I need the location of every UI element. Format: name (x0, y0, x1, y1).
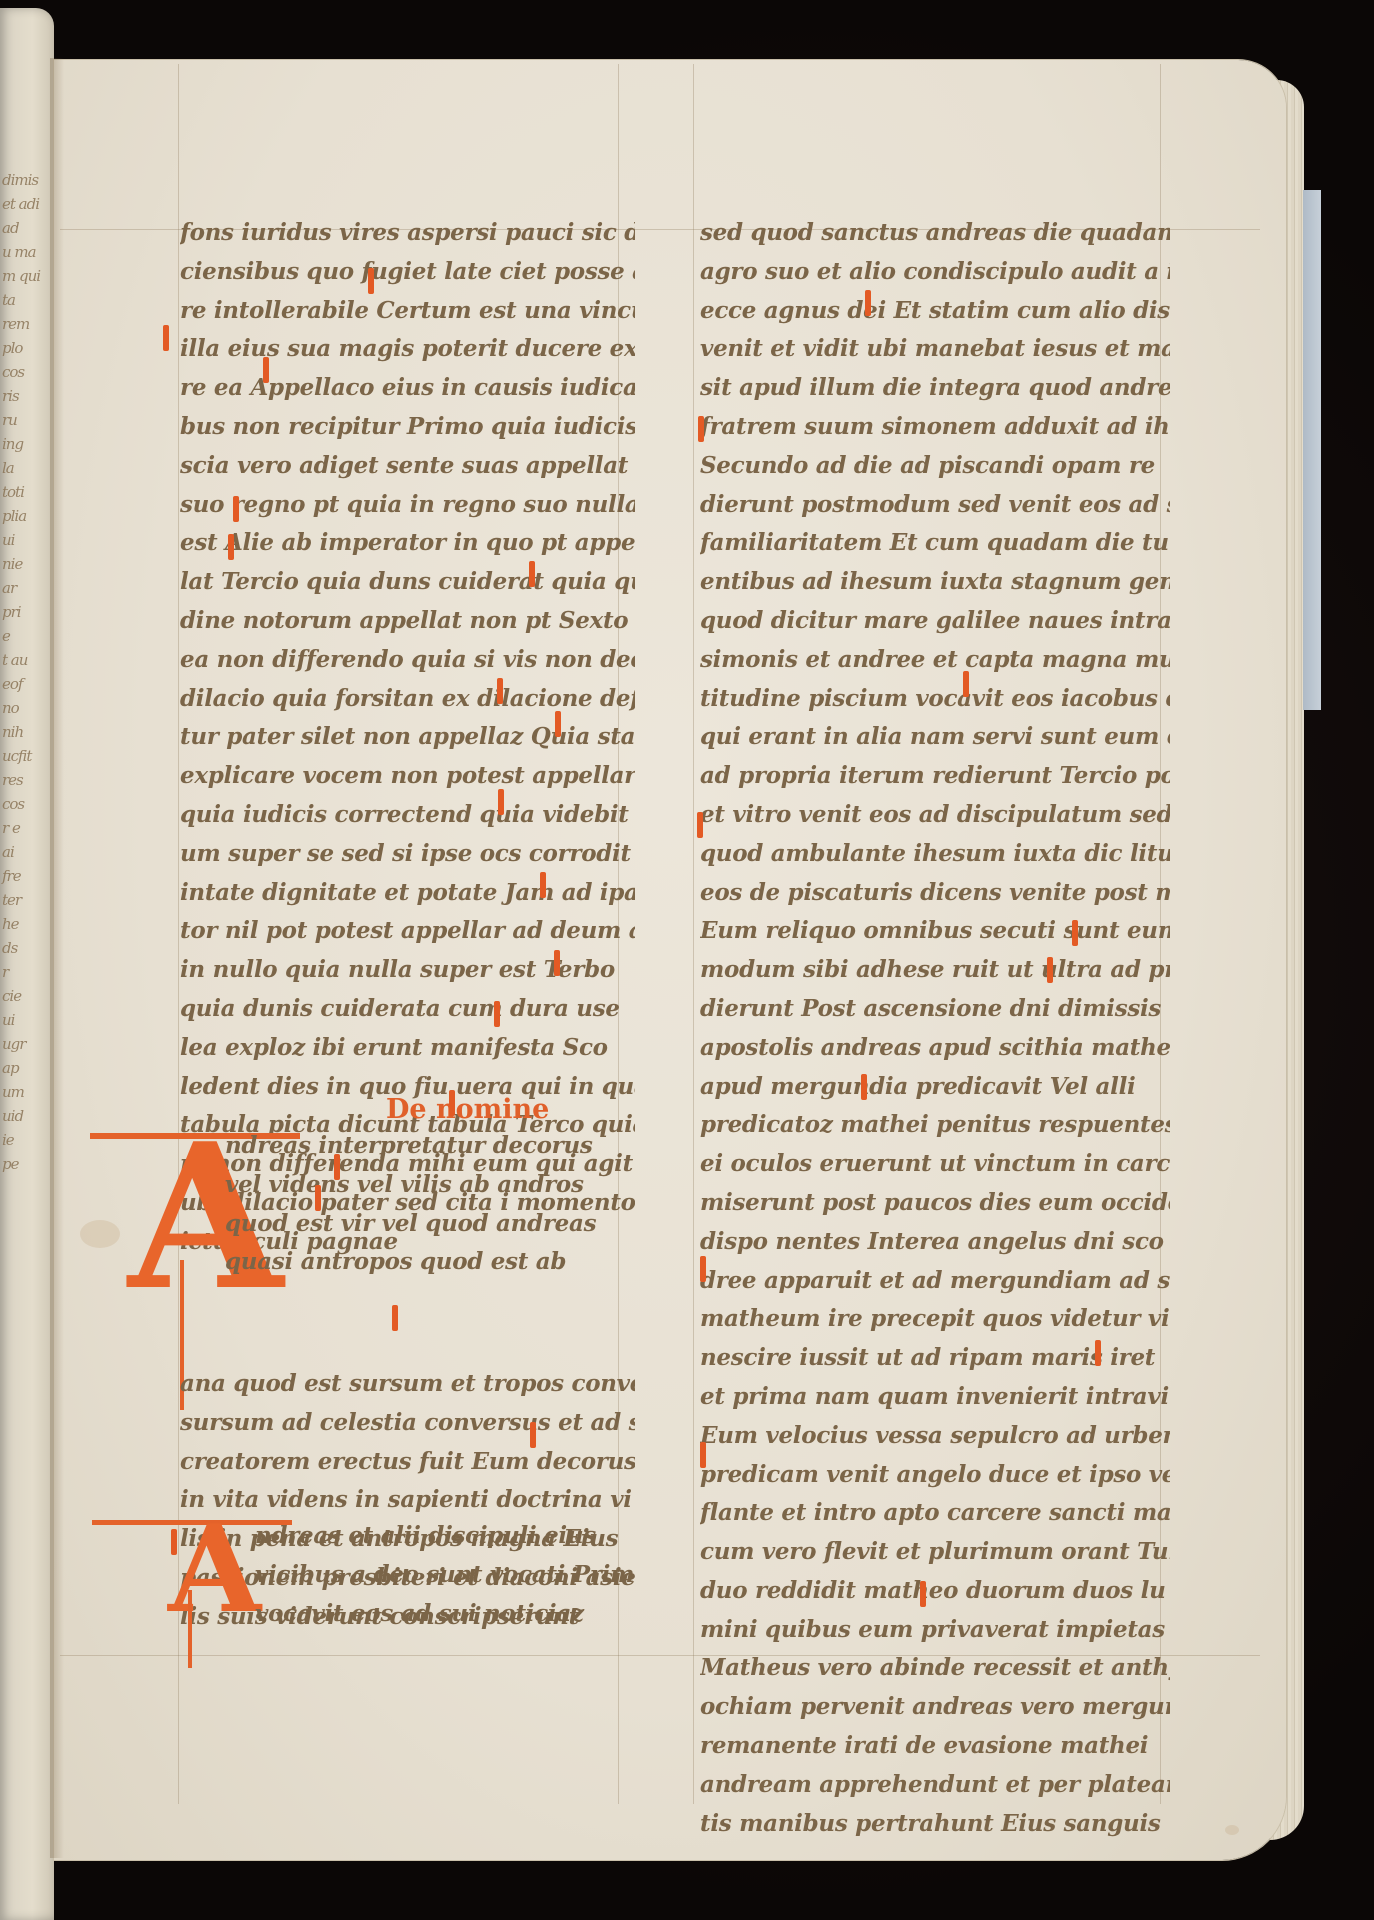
manuscript-line: familiaritatem Et cum quadam die turbis … (700, 524, 1170, 563)
manuscript-line: vel videns vel vilis ab andros (225, 1166, 635, 1205)
manuscript-line: apostolis andreas apud scithia matheus (700, 1029, 1170, 1068)
manuscript-line: ad propria iterum redierunt Tercio poste… (700, 757, 1170, 796)
manuscript-line: ndreas et alii discipuli eius (255, 1517, 635, 1556)
manuscript-line: intate dignitate et potate Jam ad ipa (180, 874, 635, 913)
manuscript-line: predicam venit angelo duce et ipso vero (700, 1456, 1170, 1495)
manuscript-line: duo reddidit matheo duorum duos lu (700, 1572, 1170, 1611)
manuscript-line: suo regno pt quia in regno suo nulla sup… (180, 486, 635, 525)
manuscript-line: et vitro venit eos ad discipulatum sed (700, 796, 1170, 835)
rubric-paragraph-mark (555, 711, 561, 737)
manuscript-line: ei oculos eruerunt ut vinctum in carcere… (700, 1145, 1170, 1184)
manuscript-line: et prima nam quam invenierit intravit (700, 1378, 1170, 1417)
manuscript-line: ecce agnus dei Et statim cum alio discip… (700, 292, 1170, 331)
manuscript-line: cum vero flevit et plurimum orant Tunc (700, 1533, 1170, 1572)
rubric-paragraph-mark (392, 1305, 398, 1331)
manuscript-line: remanente irati de evasione mathei (700, 1727, 1170, 1766)
manuscript-line: re intollerabile Certum est una vinculis (180, 292, 635, 331)
verso-page-edge: dimis et adi ad u ma m qui ta rem plo co… (0, 8, 54, 1920)
rubric-paragraph-mark (171, 1529, 177, 1555)
manuscript-line: ana quod est sursum et tropos conversio … (180, 1365, 635, 1404)
rubric-paragraph-mark (861, 1074, 867, 1100)
manuscript-line: dilacio quia forsitan ex dilacione defim… (180, 680, 635, 719)
rubric-paragraph-mark (540, 872, 546, 898)
manuscript-line: simonis et andree et capta magna mul (700, 641, 1170, 680)
manuscript-line: Eum velocius vessa sepulcro ad urbem (700, 1417, 1170, 1456)
manuscript-line: fratrem suum simonem adduxit ad ihesum (700, 408, 1170, 447)
manuscript-line: eos de piscaturis dicens venite post me … (700, 874, 1170, 913)
rubric-paragraph-mark (529, 561, 535, 587)
rubric-paragraph-mark (498, 789, 504, 815)
manuscript-line: Secundo ad die ad piscandi opam re (700, 447, 1170, 486)
manuscript-line: apud mergundia predicavit Vel alli (700, 1068, 1170, 1107)
manuscript-line: quia iudicis correctend quia videbit ie (180, 796, 635, 835)
manuscript-line: quia dunis cuiderata cum dura use (180, 990, 635, 1029)
rubric-paragraph-mark (449, 1090, 455, 1116)
manuscript-line: est Alie ab imperator in quo pt appel (180, 524, 635, 563)
rubric-paragraph-mark (697, 812, 703, 838)
rubric-paragraph-mark (700, 1256, 706, 1282)
rubric-paragraph-mark (334, 1154, 340, 1180)
manuscript-line: sed quod sanctus andreas die quadam cum … (700, 214, 1170, 253)
rubric-heading: De nomine (386, 1094, 549, 1125)
manuscript-line: ochiam pervenit andreas vero mergundia (700, 1688, 1170, 1727)
stain (1225, 1825, 1239, 1835)
manuscript-line: dispo nentes Interea angelus dni sco an (700, 1223, 1170, 1262)
manuscript-line: quod ambulante ihesum iuxta dic litus ve… (700, 835, 1170, 874)
manuscript-line: vicibus a deo sunt vocati Primo (255, 1556, 635, 1595)
rubric-paragraph-mark (1072, 920, 1078, 946)
manuscript-line: lat Tercio quia duns cuiderat quia qui (180, 563, 635, 602)
manuscript-line: dine notorum appellat non pt Sexto quia (180, 602, 635, 641)
manuscript-line: re ea Appellaco eius in causis iudicatis (180, 369, 635, 408)
rubric-paragraph-mark (554, 950, 560, 976)
manuscript-line: quod dicitur mare galilee naues intrant (700, 602, 1170, 641)
manuscript-line: Eum reliquo omnibus secuti sunt eum eius… (700, 912, 1170, 951)
manuscript-line: mini quibus eum privaverat impietas (700, 1611, 1170, 1650)
manuscript-line: andream apprehendunt et per plateam siga (700, 1766, 1170, 1805)
manuscript-line: dree apparuit et ad mergundiam ad sanctu… (700, 1262, 1170, 1301)
manuscript-line: predicatoz mathei penitus respuentes (700, 1106, 1170, 1145)
manuscript-line: quod est vir vel quod andreas (225, 1205, 635, 1244)
column-a-section-2-text: ndreas interpretatur decorusvel videns v… (225, 1127, 635, 1282)
manuscript-line: lea exploz ibi erunt manifesta Sco (180, 1029, 635, 1068)
stain (80, 1220, 120, 1248)
initial-a2-descender (188, 1590, 192, 1668)
manuscript-line: titudine piscium vocavit eos iacobus et … (700, 680, 1170, 719)
manuscript-line: venit et vidit ubi manebat iesus et man (700, 330, 1170, 369)
rubric-paragraph-mark (494, 1001, 500, 1027)
rubric-paragraph-mark (1095, 1340, 1101, 1366)
column-a-section-3-text: ndreas et alii discipuli eiusvicibus a d… (255, 1517, 635, 1633)
rubric-paragraph-mark (698, 416, 704, 442)
manuscript-line: in nullo quia nulla super est Terbo (180, 951, 635, 990)
manuscript-line: scia vero adiget sente suas appellat in (180, 447, 635, 486)
manuscript-line: explicare vocem non potest appellar prim… (180, 757, 635, 796)
manuscript-line: ea non differendo quia si vis non decipe… (180, 641, 635, 680)
gutter-shadow (50, 58, 64, 1858)
rubric-paragraph-mark (368, 268, 374, 294)
manuscript-line: dierunt Post ascensione dni dimissis (700, 990, 1170, 1029)
manuscript-line: quasi antropos quod est ab (225, 1243, 635, 1282)
column-b-text: sed quod sanctus andreas die quadam cum … (700, 214, 1170, 1843)
rubric-paragraph-mark (163, 325, 169, 351)
manuscript-line: ndreas interpretatur decorus (225, 1127, 635, 1166)
rubric-paragraph-mark (920, 1581, 926, 1607)
rubric-paragraph-mark (1047, 957, 1053, 983)
bookmark-tab (1303, 190, 1321, 710)
manuscript-line: tor nil pot potest appellar ad deum adeo (180, 912, 635, 951)
rubric-paragraph-mark (865, 290, 871, 316)
decorated-initial-a-second: A (168, 1510, 261, 1630)
rubric-paragraph-mark (228, 534, 234, 560)
rubric-paragraph-mark (497, 678, 503, 704)
manuscript-line: miserunt post paucos dies eum occide (700, 1184, 1170, 1223)
manuscript-line: creatorem erectus fuit Eum decorus (180, 1443, 635, 1482)
rubric-paragraph-mark (233, 496, 239, 522)
ruling-line-col-b-left (693, 64, 694, 1804)
manuscript-line: sit apud illum die integra quod andreas (700, 369, 1170, 408)
manuscript-line: sursum ad celestia conversus et ad suum (180, 1404, 635, 1443)
verso-text-fragment: dimis et adi ad u ma m qui ta rem plo co… (2, 168, 50, 1176)
manuscript-line: modum sibi adhese ruit ut ultra ad propr… (700, 951, 1170, 990)
manuscript-line: vocavit eos ad sui noticiaz (255, 1595, 635, 1634)
rubric-paragraph-mark (315, 1185, 321, 1211)
manuscript-line: um super se sed si ipse ocs corrodit ex (180, 835, 635, 874)
manuscript-line: qui erant in alia nam servi sunt eum et (700, 718, 1170, 757)
manuscript-line: bus non recipitur Primo quia iudicis cle… (180, 408, 635, 447)
manuscript-line: dierunt postmodum sed venit eos ad sui (700, 486, 1170, 525)
manuscript-line: illa eius sua magis poterit ducere expli… (180, 330, 635, 369)
manuscript-line: flante et intro apto carcere sancti math… (700, 1494, 1170, 1533)
rubric-paragraph-mark (530, 1422, 536, 1448)
manuscript-line: tis manibus pertrahunt Eius sanguis (700, 1805, 1170, 1844)
manuscript-line: ciensibus quo fugiet late ciet posse app… (180, 253, 635, 292)
rubric-paragraph-mark (263, 357, 269, 383)
manuscript-line: matheum ire precepit quos videtur via (700, 1300, 1170, 1339)
manuscript-line: tur pater silet non appellaz Quia statut (180, 718, 635, 757)
manuscript-line: agro suo et alio condiscipulo audit a io… (700, 253, 1170, 292)
manuscript-line: Matheus vero abinde recessit et anthy (700, 1649, 1170, 1688)
rubric-paragraph-mark (963, 671, 969, 697)
manuscript-line: fons iuridus vires aspersi pauci sic des… (180, 214, 635, 253)
rubric-paragraph-mark (700, 1442, 706, 1468)
manuscript-line: entibus ad ihesum iuxta stagnum genezare… (700, 563, 1170, 602)
